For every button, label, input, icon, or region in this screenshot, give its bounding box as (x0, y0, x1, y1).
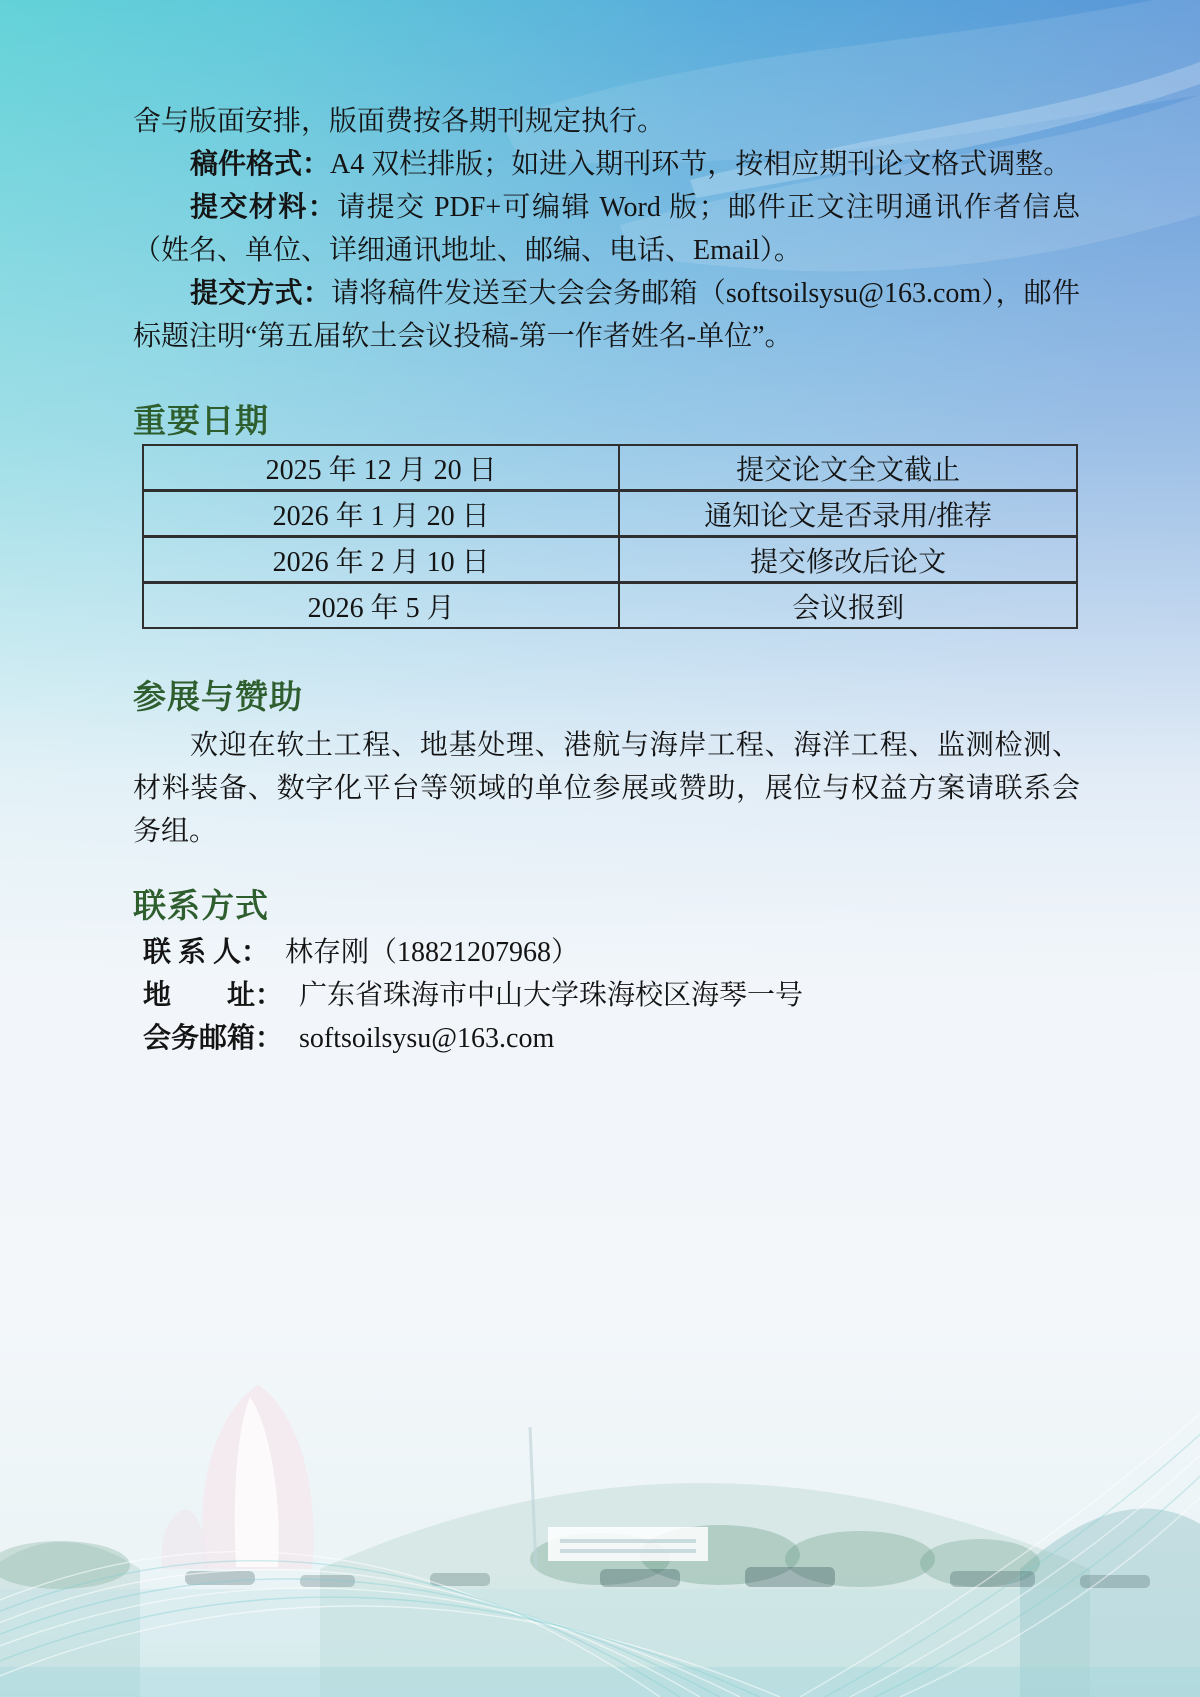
contact-address-value: 广东省珠海市中山大学珠海校区海琴一号 (299, 974, 803, 1017)
submission-method-label: 提交方式： (190, 278, 331, 309)
paragraph-submission-materials: 提交材料：请提交 PDF+可编辑 Word 版；邮件正文注明通讯作者信息（姓名、… (133, 186, 1080, 272)
section-title-exhibition-sponsorship: 参展与赞助 (133, 674, 1080, 720)
contact-block: 联 系 人： 林存刚（18821207968） 地 址： 广东省珠海市中山大学珠… (133, 931, 1080, 1060)
contact-email-line: 会务邮箱： softsoilsysu@163.com (143, 1017, 1080, 1060)
section-title-contact-info: 联系方式 (133, 883, 1080, 929)
table-row: 2025 年 12 月 20 日 提交论文全文截止 (143, 445, 1077, 491)
table-row: 2026 年 1 月 20 日 通知论文是否录用/推荐 (143, 491, 1077, 537)
contact-person-label: 联 系 人： (143, 931, 269, 974)
manuscript-format-text: A4 双栏排版；如进入期刊环节，按相应期刊论文格式调整。 (330, 149, 1071, 180)
contact-person-value: 林存刚（18821207968） (285, 931, 579, 974)
document-content: 舍与版面安排，版面费按各期刊规定执行。 稿件格式：A4 双栏排版；如进入期刊环节… (0, 0, 1200, 1060)
event-cell: 通知论文是否录用/推荐 (619, 491, 1077, 537)
contact-email-label: 会务邮箱： (143, 1017, 283, 1060)
section-title-important-dates: 重要日期 (133, 398, 1080, 444)
contact-email-value: softsoilsysu@163.com (299, 1017, 554, 1060)
date-cell: 2026 年 1 月 20 日 (143, 491, 619, 537)
submission-materials-label: 提交材料： (190, 192, 337, 223)
important-dates-table: 2025 年 12 月 20 日 提交论文全文截止 2026 年 1 月 20 … (142, 444, 1078, 629)
date-cell: 2026 年 5 月 (143, 583, 619, 629)
manuscript-format-label: 稿件格式： (190, 149, 330, 180)
date-cell: 2025 年 12 月 20 日 (143, 445, 619, 491)
paragraph-manuscript-format: 稿件格式：A4 双栏排版；如进入期刊环节，按相应期刊论文格式调整。 (133, 143, 1080, 186)
intro-continuation-line: 舍与版面安排，版面费按各期刊规定执行。 (133, 100, 1080, 143)
paragraph-exhibition-sponsorship: 欢迎在软土工程、地基处理、港航与海岸工程、海洋工程、监测检测、材料装备、数字化平… (133, 724, 1080, 853)
event-cell: 提交论文全文截止 (619, 445, 1077, 491)
date-cell: 2026 年 2 月 10 日 (143, 537, 619, 583)
bottom-landscape-decoration (0, 1197, 1200, 1697)
event-cell: 提交修改后论文 (619, 537, 1077, 583)
table-row: 2026 年 2 月 10 日 提交修改后论文 (143, 537, 1077, 583)
paragraph-submission-method: 提交方式：请将稿件发送至大会会务邮箱（softsoilsysu@163.com）… (133, 272, 1080, 358)
contact-address-label: 地 址： (143, 974, 283, 1017)
poster-page: 舍与版面安排，版面费按各期刊规定执行。 稿件格式：A4 双栏排版；如进入期刊环节… (0, 0, 1200, 1697)
contact-address-line: 地 址： 广东省珠海市中山大学珠海校区海琴一号 (143, 974, 1080, 1017)
event-cell: 会议报到 (619, 583, 1077, 629)
table-row: 2026 年 5 月 会议报到 (143, 583, 1077, 629)
contact-person-line: 联 系 人： 林存刚（18821207968） (143, 931, 1080, 974)
